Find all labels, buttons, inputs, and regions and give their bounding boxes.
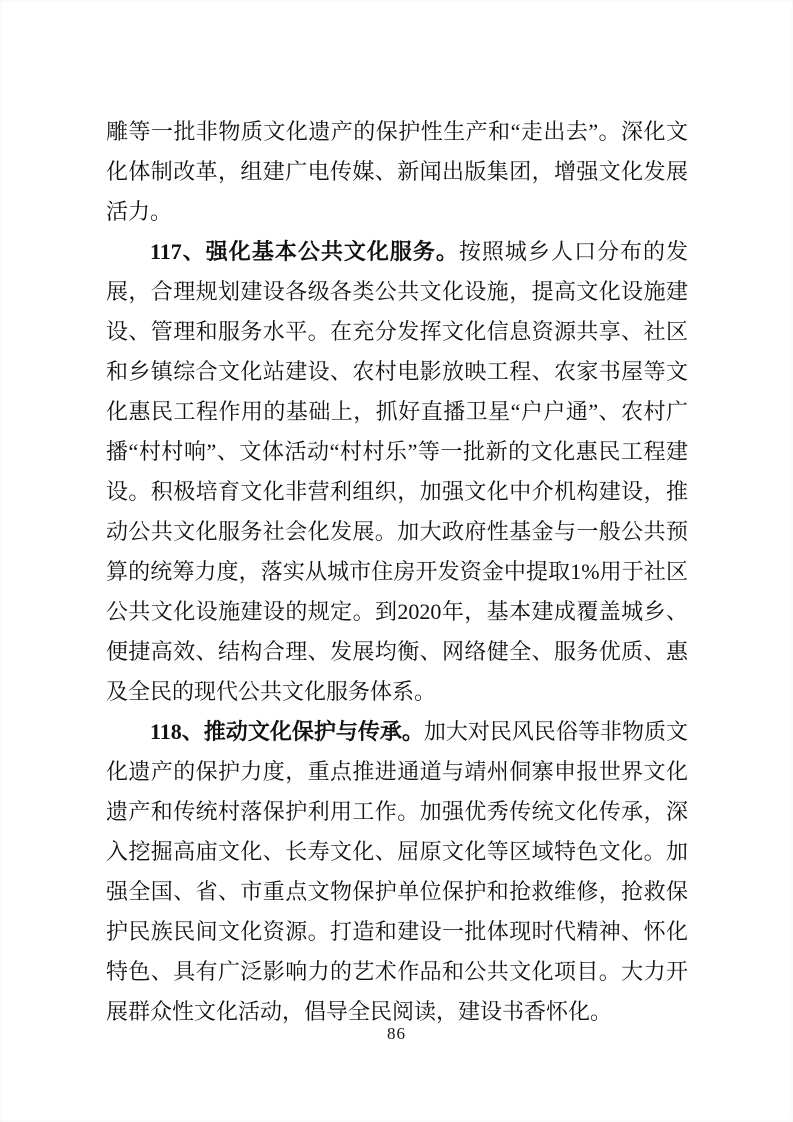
section-heading: 118、推动文化保护与传承。 [150,719,424,744]
page-number: 86 [0,1024,793,1044]
body-text-run: 加大对民风民俗等非物质文化遗产的保护力度，重点推进通道与靖州侗寨申报世界文化遗产… [106,719,688,1024]
body-text-run: 雕等一批非物质文化遗产的保护性生产和“走出去”。深化文化体制改革，组建广电传媒、… [106,119,688,224]
para-117: 117、强化基本公共文化服务。按照城乡人口分布的发展，合理规划建设各级各类公共文… [106,232,688,712]
para-118: 118、推动文化保护与传承。加大对民风民俗等非物质文化遗产的保护力度，重点推进通… [106,712,688,1032]
section-heading: 117、强化基本公共文化服务。 [150,239,459,264]
document-page: 雕等一批非物质文化遗产的保护性生产和“走出去”。深化文化体制改革，组建广电传媒、… [0,0,793,1122]
para-continuation: 雕等一批非物质文化遗产的保护性生产和“走出去”。深化文化体制改革，组建广电传媒、… [106,112,688,232]
body-text-run: 按照城乡人口分布的发展，合理规划建设各级各类公共文化设施，提高文化设施建设、管理… [106,239,688,704]
document-body: 雕等一批非物质文化遗产的保护性生产和“走出去”。深化文化体制改革，组建广电传媒、… [106,112,688,1032]
